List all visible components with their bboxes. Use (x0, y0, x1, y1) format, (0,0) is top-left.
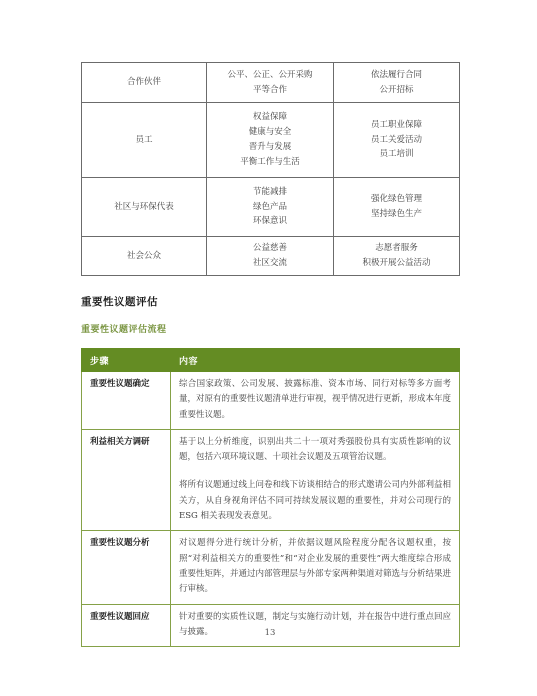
step-cell: 重要性议题回应 (82, 604, 171, 647)
stakeholder-group-cell: 社区与环保代表 (82, 178, 207, 237)
expectation-line: 公平、公正、公开采购 (213, 68, 327, 83)
table-row: 社区与环保代表 节能减排 绿色产品 环保意识 强化绿色管理 坚持绿色生产 (82, 178, 460, 237)
table-row: 利益相关方调研 基于以上分析维度，识别出共二十一项对秀强股份具有实质性影响的议题… (82, 429, 460, 530)
expectations-cell: 权益保障 健康与安全 晋升与发展 平衡工作与生活 (207, 103, 334, 178)
responses-cell: 依法履行合同 公开招标 (334, 63, 460, 103)
content-cell: 针对重要的实质性议题，制定与实施行动计划，并在报告中进行重点回应与披露。 (171, 604, 460, 647)
stakeholder-group-cell: 社会公众 (82, 237, 207, 276)
expectation-line: 平等合作 (213, 83, 327, 98)
expectation-line: 平衡工作与生活 (213, 155, 327, 170)
content-cell: 综合国家政策、公司发展、披露标准、资本市场、同行对标等多方面考量，对原有的重要性… (171, 372, 460, 430)
expectation-line: 晋升与发展 (213, 140, 327, 155)
step-header-cell: 步骤 (82, 349, 171, 372)
stakeholder-group-cell: 员工 (82, 103, 207, 178)
content-header-cell: 内容 (171, 349, 460, 372)
page-content: 合作伙伴 公平、公正、公开采购 平等合作 依法履行合同 公开招标 员工 权益保障… (81, 62, 459, 647)
response-line: 员工培训 (340, 147, 453, 162)
table-row: 合作伙伴 公平、公正、公开采购 平等合作 依法履行合同 公开招标 (82, 63, 460, 103)
response-line: 志愿者服务 (340, 241, 453, 256)
expectation-line: 健康与安全 (213, 125, 327, 140)
table-row: 重要性议题分析 对议题得分进行统计分析，并依据议题风险程度分配各议题权重，按照“… (82, 531, 460, 604)
responses-cell: 强化绿色管理 坚持绿色生产 (334, 178, 460, 237)
response-line: 依法履行合同 (340, 68, 453, 83)
step-cell: 重要性议题确定 (82, 372, 171, 430)
table-row: 社会公众 公益慈善 社区交流 志愿者服务 积极开展公益活动 (82, 237, 460, 276)
section-title: 重要性议题评估 (81, 294, 459, 309)
paragraph: 综合国家政策、公司发展、披露标准、资本市场、同行对标等多方面考量，对原有的重要性… (179, 377, 451, 423)
expectations-cell: 公平、公正、公开采购 平等合作 (207, 63, 334, 103)
expectation-line: 节能减排 (213, 185, 327, 200)
response-line: 坚持绿色生产 (340, 207, 453, 222)
responses-cell: 员工职业保障 员工关爱活动 员工培训 (334, 103, 460, 178)
section-subtitle: 重要性议题评估流程 (81, 322, 459, 335)
response-line: 员工职业保障 (340, 118, 453, 133)
content-cell: 基于以上分析维度，识别出共二十一项对秀强股份具有实质性影响的议题，包括六项环境议… (171, 429, 460, 530)
table-header-row: 步骤 内容 (82, 349, 460, 372)
report-page: 合作伙伴 公平、公正、公开采购 平等合作 依法履行合同 公开招标 员工 权益保障… (0, 0, 537, 696)
table-row: 重要性议题确定 综合国家政策、公司发展、披露标准、资本市场、同行对标等多方面考量… (82, 372, 460, 430)
expectations-cell: 公益慈善 社区交流 (207, 237, 334, 276)
paragraph: 对议题得分进行统计分析，并依据议题风险程度分配各议题权重，按照“对利益相关方的重… (179, 536, 451, 597)
responses-cell: 志愿者服务 积极开展公益活动 (334, 237, 460, 276)
process-table: 步骤 内容 重要性议题确定 综合国家政策、公司发展、披露标准、资本市场、同行对标… (81, 348, 460, 647)
content-cell: 对议题得分进行统计分析，并依据议题风险程度分配各议题权重，按照“对利益相关方的重… (171, 531, 460, 604)
expectation-line: 社区交流 (213, 256, 327, 271)
page-number: 13 (81, 628, 459, 638)
response-line: 强化绿色管理 (340, 192, 453, 207)
paragraph: 基于以上分析维度，识别出共二十一项对秀强股份具有实质性影响的议题，包括六项环境议… (179, 435, 451, 466)
expectation-line: 公益慈善 (213, 241, 327, 256)
table-row: 重要性议题回应 针对重要的实质性议题，制定与实施行动计划，并在报告中进行重点回应… (82, 604, 460, 647)
expectation-line: 环保意识 (213, 214, 327, 229)
expectation-line: 绿色产品 (213, 200, 327, 215)
stakeholder-group-cell: 合作伙伴 (82, 63, 207, 103)
expectation-line: 权益保障 (213, 110, 327, 125)
response-line: 员工关爱活动 (340, 133, 453, 148)
step-cell: 利益相关方调研 (82, 429, 171, 530)
table-row: 员工 权益保障 健康与安全 晋升与发展 平衡工作与生活 员工职业保障 员工关爱活… (82, 103, 460, 178)
stakeholder-table: 合作伙伴 公平、公正、公开采购 平等合作 依法履行合同 公开招标 员工 权益保障… (81, 62, 460, 276)
response-line: 公开招标 (340, 83, 453, 98)
step-cell: 重要性议题分析 (82, 531, 171, 604)
expectations-cell: 节能减排 绿色产品 环保意识 (207, 178, 334, 237)
response-line: 积极开展公益活动 (340, 256, 453, 271)
paragraph: 将所有议题通过线上问卷和线下访谈相结合的形式邀请公司内外部利益相关方，从自身视角… (179, 478, 451, 524)
